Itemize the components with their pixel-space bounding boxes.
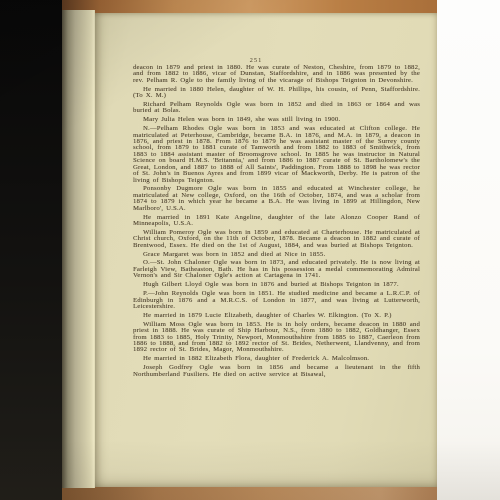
paragraph: He married in 1891 Kate Angeline, daught…	[133, 215, 420, 228]
light-background	[437, 0, 500, 500]
text-block: deacon in 1879 and priest in 1880. He wa…	[133, 65, 420, 380]
paragraph: deacon in 1879 and priest in 1880. He wa…	[133, 65, 420, 84]
photo-of-book-page: 251 deacon in 1879 and priest in 1880. H…	[0, 0, 500, 500]
paragraph: Grace Margaret was born in 1852 and died…	[133, 252, 420, 258]
paragraph: Joseph Godfrey Ogle was born in 1856 and…	[133, 365, 420, 378]
paragraph: Mary Julia Helen was born in 1849, she w…	[133, 117, 420, 123]
book-cover-bottom-edge	[62, 486, 437, 500]
paragraph: P.—John Reynolds Ogle was born in 1851. …	[133, 291, 420, 310]
page-stack-edge	[62, 10, 95, 488]
paragraph: Richard Pelham Reynolds Ogle was born in…	[133, 102, 420, 115]
book-cover-top-edge	[62, 0, 437, 13]
dark-background	[0, 0, 62, 500]
paragraph: O.—St. John Chaloner Ogle was born in 18…	[133, 260, 420, 279]
book: 251 deacon in 1879 and priest in 1880. H…	[62, 0, 437, 500]
paragraph: William Moss Ogle was born in 1853. He i…	[133, 322, 420, 354]
paragraph: He married in 1880 Helen, daughter of W.…	[133, 87, 420, 100]
paragraph: He married in 1879 Lucie Elizabeth, daug…	[133, 313, 420, 319]
paragraph: He married in 1882 Elizabeth Flora, daug…	[133, 356, 420, 362]
paragraph: Hugh Gilbert Lloyd Ogle was born in 1876…	[133, 282, 420, 288]
page-number: 251	[245, 57, 267, 64]
book-page: 251 deacon in 1879 and priest in 1880. H…	[95, 13, 437, 487]
paragraph: N.—Pelham Rhodes Ogle was born in 1853 a…	[133, 126, 420, 184]
paragraph: William Pomeroy Ogle was born in 1859 an…	[133, 230, 420, 249]
paragraph: Ponsonby Dugmore Ogle was born in 1855 a…	[133, 186, 420, 212]
